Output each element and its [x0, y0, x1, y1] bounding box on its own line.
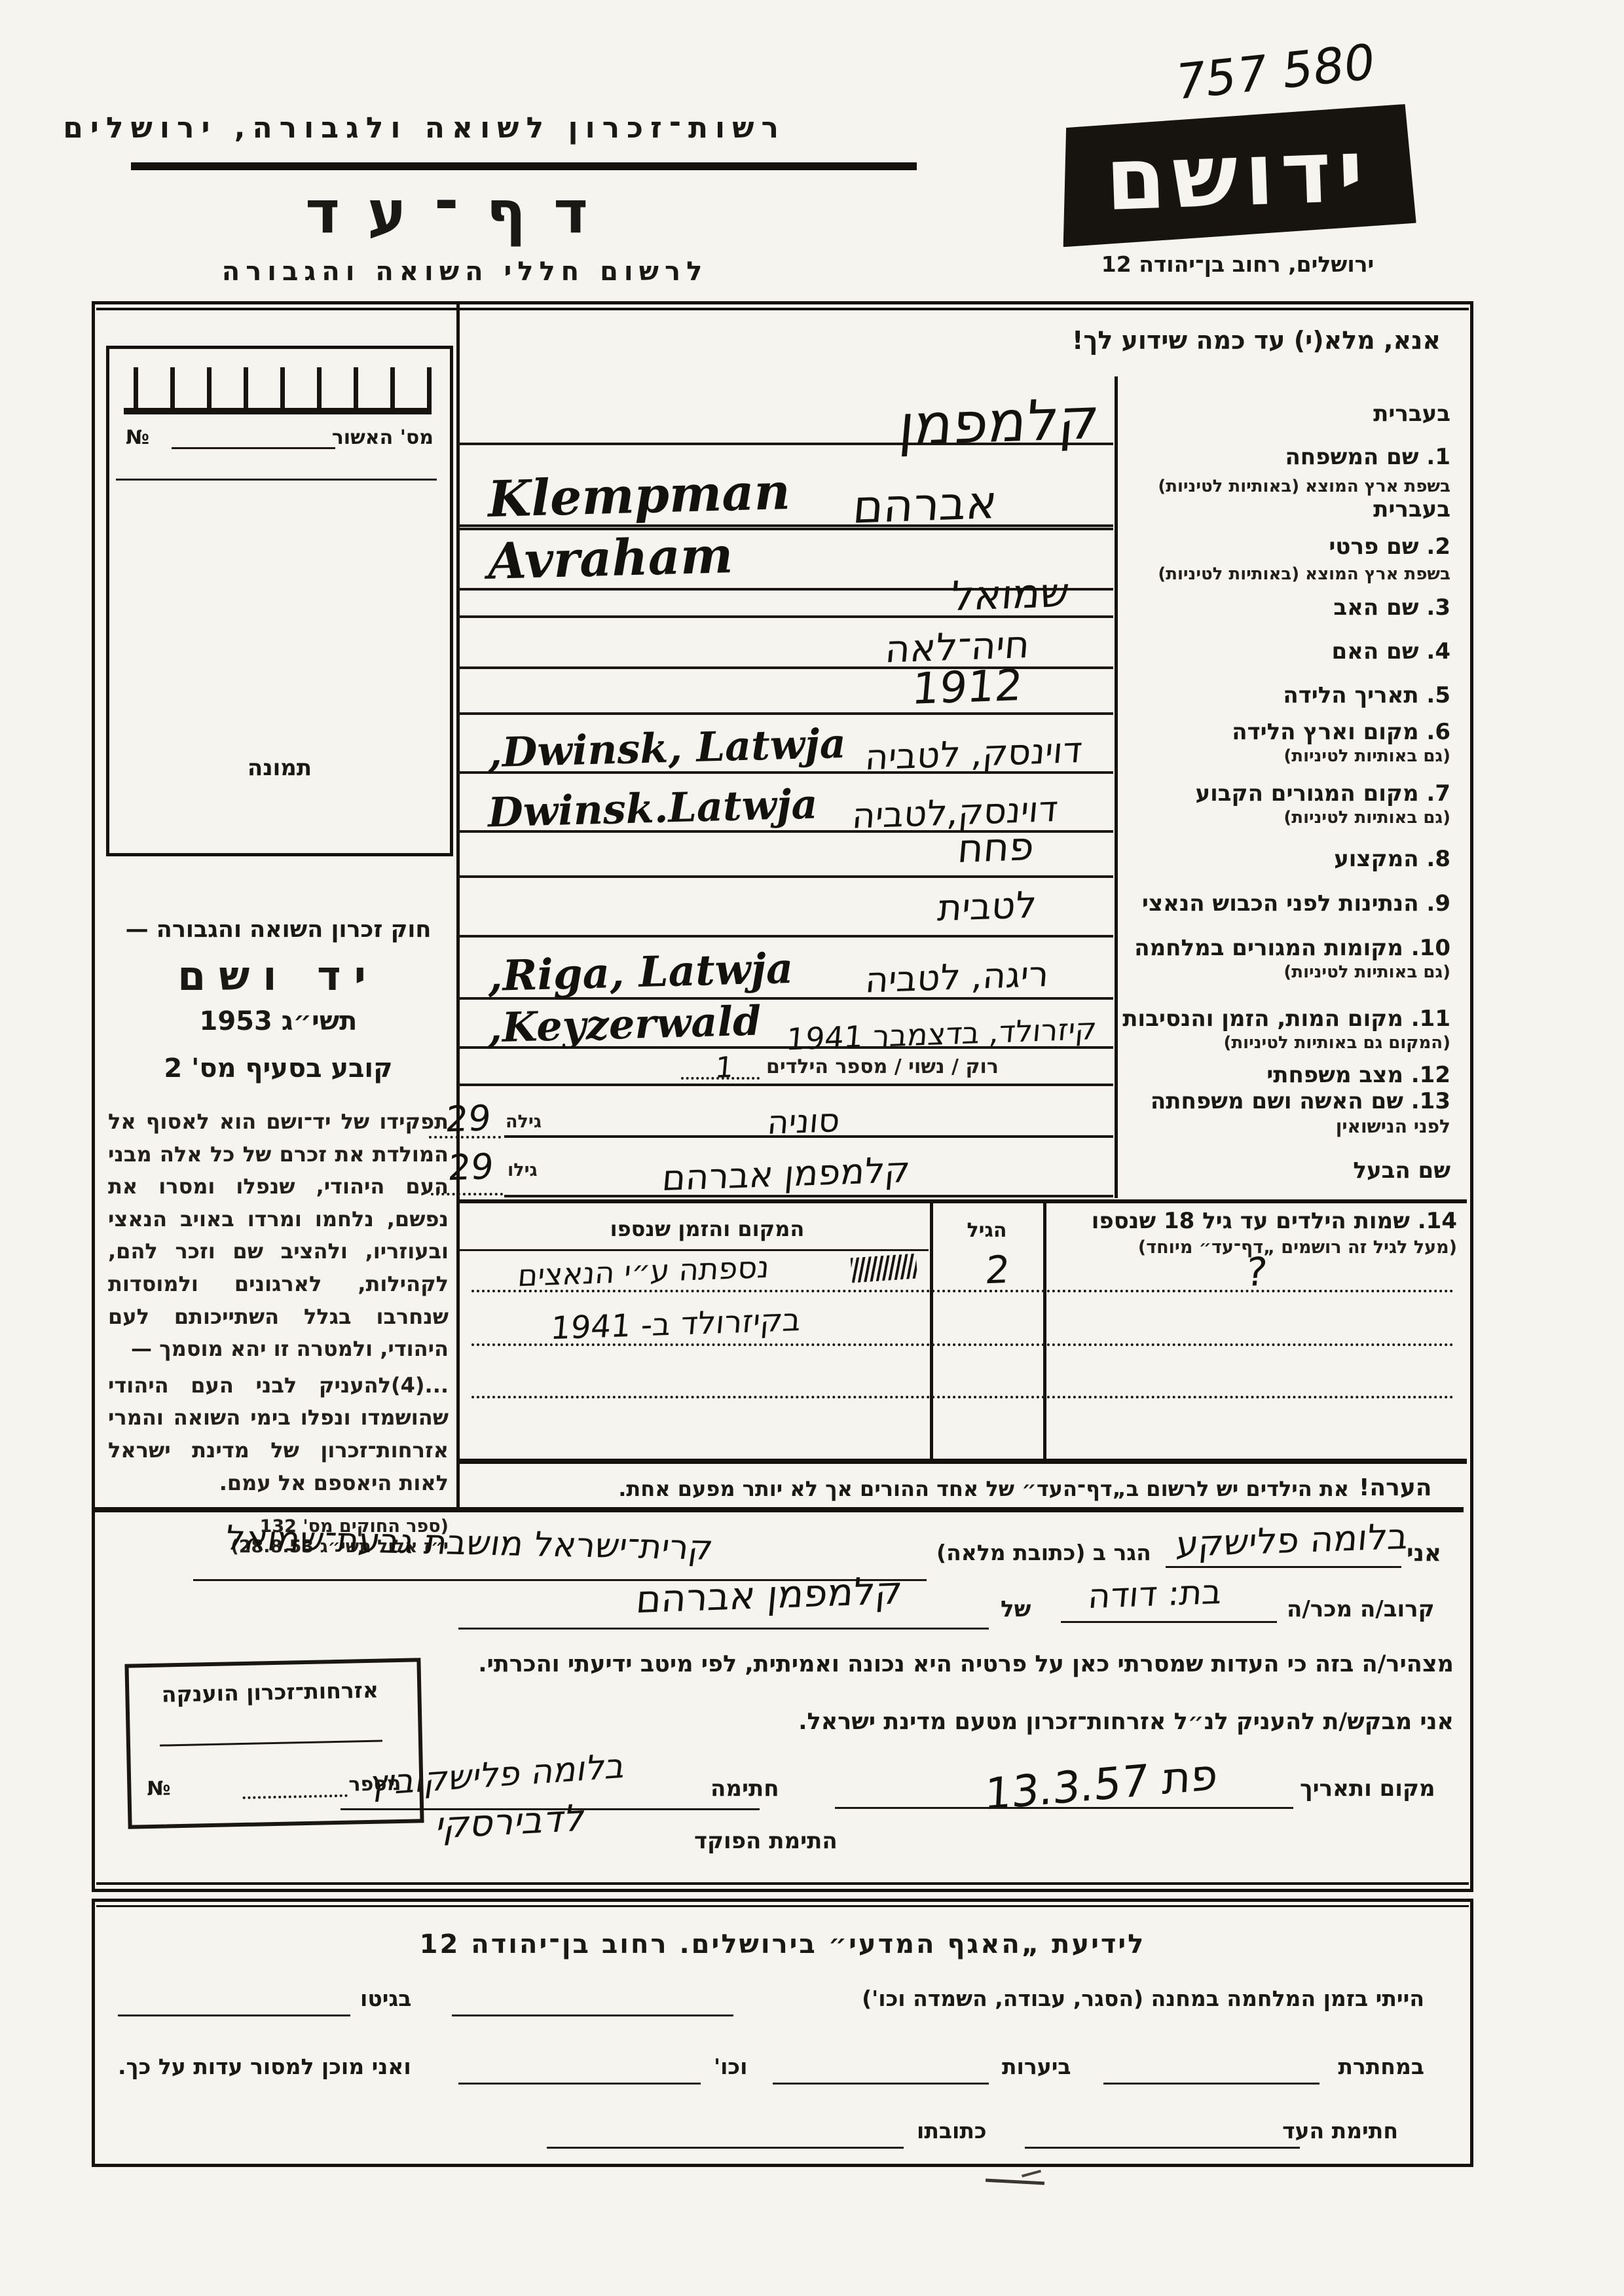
witness-address-box-line	[547, 2147, 904, 2149]
rule-husband	[504, 1195, 1113, 1197]
war-residence-hebrew-handwriting: ריגה, לטביה	[864, 953, 1050, 1001]
field12-label: 12. מצב משפחתי	[1123, 1062, 1450, 1088]
forests-line	[773, 2083, 989, 2085]
form-title: דף־עד	[314, 178, 616, 247]
declaration-of-label: של	[1001, 1596, 1031, 1622]
place-date-label: מקום ותאריך	[1300, 1776, 1435, 1802]
field13-label-line2: לפני הנישואין	[1123, 1116, 1450, 1137]
ready-to-testify-label: ואני מוכן למסור עדות על כך.	[118, 2054, 411, 2079]
husband-age-label: גילו	[507, 1160, 538, 1180]
memorial-citizenship-stamp-box: אזרחות־זכרון הוענקה מספר №	[124, 1658, 424, 1829]
label-column-divider	[1115, 376, 1118, 1198]
field2-origin-note: בשפת ארץ המוצא (באותיות לטיניות)	[1123, 564, 1450, 584]
subject-name-line	[458, 1628, 989, 1630]
ghetto-label: בגיטו	[360, 1986, 411, 2011]
rule-birthdate	[458, 712, 1113, 715]
field7-latin-note: (גם באותיות לטיניות)	[1123, 808, 1450, 828]
wife-name-handwriting: סוניה	[766, 1101, 841, 1142]
note-title: הערה!	[1359, 1474, 1432, 1501]
war-residence-latin-handwriting: Riga, Latwja,	[487, 944, 794, 1001]
relation-line	[1061, 1621, 1277, 1623]
sidebar-divider	[456, 304, 460, 1509]
etc-line	[458, 2083, 701, 2085]
form-subtitle: לרשום חללי השואה והגבורה	[170, 257, 760, 287]
children-place-header: המקום והזמן שנספו	[524, 1216, 891, 1241]
field6-label: 6. מקום וארץ הלידה	[1123, 719, 1450, 745]
forests-label: ביערות	[1002, 2054, 1071, 2079]
children-age-header: הגיל	[935, 1219, 1039, 1242]
profession-handwriting: פחח	[956, 824, 1036, 872]
declaration-statement: מצהיר/ה בזה כי העדות שמסרתי כאן על פרטיה…	[458, 1651, 1454, 1677]
witness-name-line	[1166, 1566, 1401, 1568]
residence-latin-handwriting: Dwinsk.Latwja	[487, 780, 818, 836]
children-table-top-line	[456, 1199, 1467, 1203]
children-row-dotted-3	[471, 1396, 1454, 1398]
surname-hebrew-handwriting: קלמפמן	[896, 386, 1102, 459]
birthdate-handwriting: 1912	[910, 660, 1024, 714]
field9-label: 9. הנתינות לפני הכבוש הנאצי	[1123, 890, 1450, 917]
wife-age-label: גילה	[506, 1112, 542, 1132]
children-row-dotted-1	[471, 1290, 1454, 1292]
approval-number-line	[172, 447, 335, 449]
stray-mark-2	[1022, 2170, 1041, 2178]
field6-latin-note: (גם באותיות לטיניות)	[1123, 746, 1450, 766]
signature-label: חתימה	[710, 1776, 779, 1802]
place-date-line	[835, 1807, 1293, 1809]
etc-label: וכו'	[714, 2054, 747, 2079]
husband-age-handwriting: 29	[447, 1146, 496, 1188]
underground-line	[1103, 2083, 1319, 2085]
death-place-latin-handwriting: Keyzerwald,	[487, 997, 762, 1052]
subject-name-handwriting: קלמפמן אברהם	[635, 1568, 904, 1622]
rule-marital	[458, 1084, 1113, 1086]
birthplace-latin-handwriting: Dwinsk, Latwja,	[487, 720, 847, 776]
witness-address-box-label: כתובתו	[917, 2118, 987, 2143]
yad-vashem-logo-text: ידושם	[1104, 120, 1372, 230]
declaration-request: אני מבקש/ת להעניק לנ״ל אזרחות־זכרון מטעם…	[753, 1709, 1454, 1735]
children-table-bottom-line	[456, 1459, 1467, 1464]
info-box-title: לידיעת „האגף המדעי״ בירושלים. רחוב בן־יה…	[291, 1929, 1274, 1959]
children-header-underline	[458, 1249, 929, 1251]
note-text: את הילדים יש לרשום ב„דף־העד״ של אחד ההור…	[471, 1476, 1349, 1501]
rule-citizenship	[458, 935, 1113, 938]
photo-label: תמונה	[214, 755, 345, 781]
law-section: קובע בסעיף מס' 2	[108, 1053, 449, 1084]
field8-label: 8. המקצוע	[1123, 846, 1450, 872]
field7-label: 7. מקום המגורים הקבוע	[1123, 780, 1450, 807]
law-block: חוק זכרון השואה והגבורה — יד ושם תשי״ג 1…	[108, 917, 449, 1557]
clerk-signature-handwriting: לדבירסקי	[432, 1796, 589, 1848]
field1-hebrew-tag: בעברית	[1123, 401, 1450, 427]
note-bottom-line	[95, 1507, 1464, 1512]
testimony-page: 580 757 רשות־זכרון לשואה ולגבורה, ירושלי…	[0, 0, 1624, 2296]
declaration-resides-label: הגר ב (כתובת מלאה)	[936, 1540, 1151, 1565]
field14-label-line1: 14. שמות הילדים עד גיל 18 שנספו	[1123, 1208, 1457, 1234]
witness-sig-box-line	[1025, 2147, 1300, 2149]
declaration-i-label: אני	[1407, 1540, 1441, 1567]
relation-label: קרוב/ה מכר/ה	[1287, 1596, 1435, 1622]
law-year: תשי״ג 1953	[108, 1006, 449, 1036]
citizenship-handwriting: לטבית	[936, 884, 1038, 930]
yad-vashem-logo: ידושם	[1059, 104, 1417, 247]
stamp-mid-line	[160, 1740, 382, 1747]
wife-age-handwriting: 29	[444, 1097, 493, 1140]
field14-label-line2: (מעל לגיל זה רושמים „דף־עד״ מיוחד)	[1123, 1237, 1457, 1258]
child-age-handwriting: 2	[984, 1247, 1012, 1292]
child-name-handwriting: ?	[1244, 1249, 1269, 1296]
children-row-dotted-2	[471, 1343, 1454, 1346]
stamp-number-symbol: №	[147, 1777, 171, 1800]
comb-ruler	[124, 367, 432, 414]
field10-label: 10. מקומות המגורים במלחמה	[1123, 935, 1450, 961]
approval-divider-line	[116, 479, 437, 481]
witness-sig-box-label: חתימת העד	[1282, 2118, 1398, 2143]
authority-title: רשות־זכרון לשואה ולגבורה, ירושלים	[131, 111, 786, 145]
camp-line	[452, 2014, 733, 2016]
law-paragraph-2: ...(4)להעניק לבני העם היהודי שהושמדו ונפ…	[108, 1370, 449, 1499]
husband-name-handwriting: קלמפמן אברהם	[661, 1149, 912, 1199]
husband-label: שם הבעל	[1123, 1157, 1450, 1184]
firstname-latin-handwriting: Avraham	[487, 526, 733, 591]
approval-number-symbol: №	[126, 426, 149, 449]
field13-label-line1: 13. שם האשה ושם משפחתה	[1123, 1088, 1450, 1114]
field2-label: 2. שם פרטי	[1123, 534, 1450, 560]
crossed-out-word	[851, 1254, 917, 1283]
fill-instruction: אנא, מלא(י) עד כמה שידוע לך!	[786, 326, 1441, 355]
surname-latin-handwriting: Klempman	[487, 462, 791, 528]
photo-box: מס' האשור № תמונה	[106, 346, 453, 856]
field1-origin-note: בשפת ארץ המוצא (באותיות לטיניות)	[1123, 477, 1450, 496]
clerk-signature-label: התימת הפוקד	[694, 1828, 838, 1854]
authority-underline	[131, 162, 917, 170]
relation-handwriting: בת: דודה	[1086, 1573, 1223, 1616]
law-title: חוק זכרון השואה והגבורה —	[108, 917, 449, 943]
stamp-granted-text: אזרחות־זכרון הוענקה	[142, 1677, 398, 1707]
marital-value-handwriting: 1	[714, 1051, 735, 1085]
rule-profession	[458, 875, 1113, 878]
stamp-number-dotted	[243, 1795, 348, 1799]
field3-label: 3. שם האב	[1123, 594, 1450, 621]
firstname-hebrew-handwriting: אברהם	[851, 475, 999, 534]
birthplace-hebrew-handwriting: דוינסק, לטביה	[864, 729, 1084, 778]
scientific-branch-box: לידיעת „האגף המדעי״ בירושלים. רחוב בן־יה…	[92, 1899, 1473, 2167]
underground-label: במחתרת	[1338, 2054, 1424, 2079]
field4-label: 4. שם האם	[1123, 638, 1450, 665]
field5-label: 5. תאריך הלידה	[1123, 682, 1450, 708]
field1-label: 1. שם המשפחה	[1123, 444, 1450, 470]
approval-number-label: מס' האשור	[332, 426, 434, 449]
wife-age-dotted	[429, 1136, 501, 1139]
field2-hebrew-tag: בעברית	[1123, 496, 1450, 522]
ghetto-line	[118, 2014, 350, 2016]
witness-name-handwriting: בלומה פלישקע	[1175, 1516, 1410, 1565]
file-number-handwritten: 580 757	[1173, 33, 1376, 111]
camp-label: הייתי בזמן המלחמה במחנה (הסגר, עבודה, הש…	[862, 1986, 1424, 2011]
husband-age-dotted	[431, 1193, 503, 1195]
children-age-col-line-right	[1043, 1203, 1046, 1463]
law-paragraph-1: תפקידו של יד־ושם הוא לאסוף אל המולדת את …	[108, 1106, 449, 1366]
children-age-col-line-left	[930, 1203, 933, 1463]
field10-latin-note: (גם באותיות לטיניות)	[1123, 962, 1450, 982]
logo-address: ירושלים, רחוב בן־יהודה 12	[1028, 251, 1447, 277]
stray-mark	[986, 2179, 1044, 2185]
stamp-number-label: מספר	[348, 1772, 401, 1796]
field11-label: 11. מקום המות, הזמן והנסיבות	[1123, 1006, 1450, 1032]
field11-latin-note: (המקום גם באותיות לטיניות)	[1123, 1033, 1450, 1053]
law-yad-vashem: יד ושם	[108, 952, 449, 1000]
father-name-handwriting: שמואל	[949, 568, 1071, 620]
marital-options: רוק / נשוי / מספר הילדים	[766, 1055, 999, 1078]
